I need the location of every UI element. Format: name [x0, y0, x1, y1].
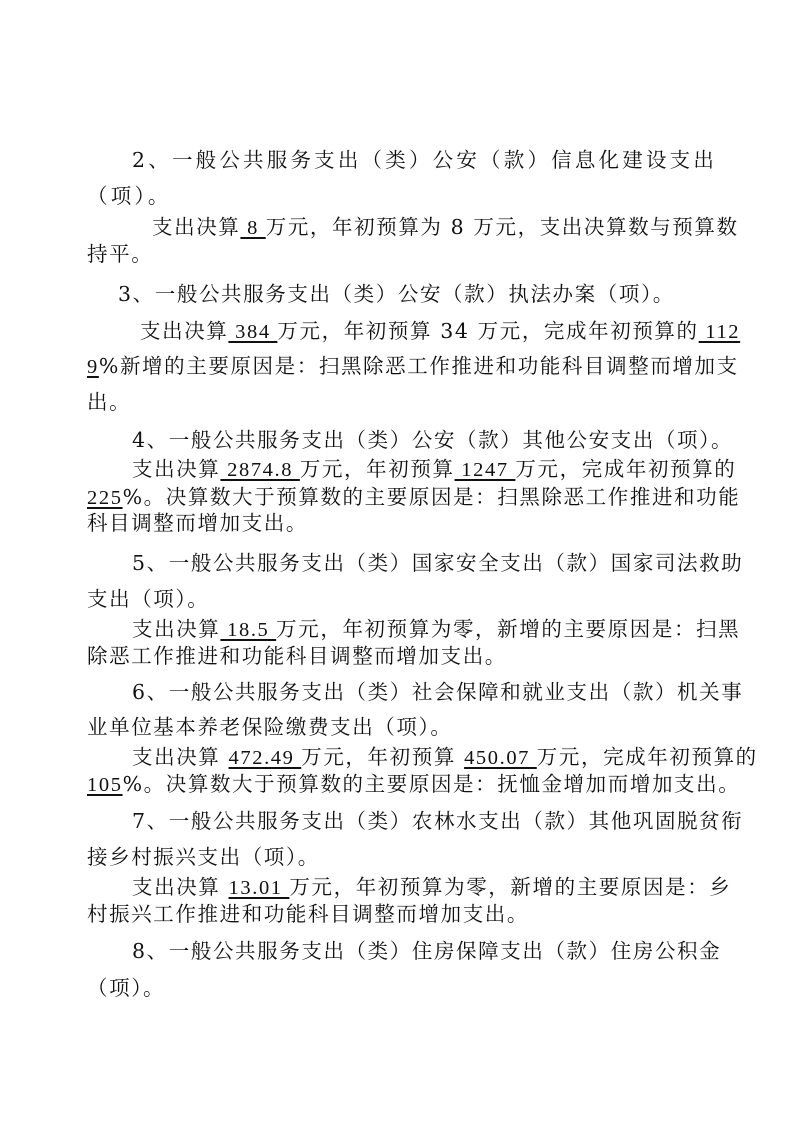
section-6-body-cont: 105%。决算数大于预算数的主要原因是：抚恤金增加而增加支出。 [87, 772, 740, 797]
actual-amount: 472.49 [229, 747, 302, 769]
body-prefix: 支出决算 [132, 875, 229, 899]
section-2-heading-cont: （项）。 [87, 184, 172, 208]
budget-amount: 450.07 [464, 747, 537, 769]
body-prefix: 支出决算 [140, 319, 228, 343]
section-6-body: 支出决算 472.49 万元，年初预算 450.07 万元，完成年初预算的 [132, 745, 758, 770]
section-7-body: 支出决算 13.01 万元，年初预算为零，新增的主要原因是：乡 [132, 875, 731, 900]
section-2-body-cont: 持平。 [87, 242, 153, 266]
body-prefix: 支出决算 [152, 215, 240, 239]
section-6-heading-cont: 业单位基本养老保险缴费支出（项）。 [87, 715, 452, 739]
body-text: 万元，年初预算为零，新增的主要原因是：乡 [289, 875, 731, 899]
completion-pct-part2: 9 [87, 356, 99, 378]
section-7-body-cont: 村振兴工作推进和功能科目调整而增加支出。 [87, 902, 529, 926]
body-text: 万元，年初预算为零，新增的主要原因是：扫黑 [276, 617, 740, 641]
body-text: 万元，完成年初预算的 [537, 745, 758, 769]
section-5-heading: 5、一般公共服务支出（类）国家安全支出（款）国家司法救助 [132, 551, 743, 575]
body-prefix: 支出决算 [132, 617, 220, 641]
body-text: %。决算数大于预算数的主要原因是：抚恤金增加而增加支出。 [123, 772, 741, 796]
body-prefix: 支出决算 [132, 457, 220, 481]
body-text: 万元，年初预算 34 万元，完成年初预算的 [277, 319, 698, 343]
actual-amount: 2874.8 [220, 459, 299, 481]
completion-pct: 225 [87, 487, 123, 509]
completion-pct: 105 [87, 774, 123, 796]
section-2-body: 支出决算 8 万元，年初预算为 8 万元，支出决算数与预算数 [152, 215, 739, 240]
section-4-body-cont: 225%。决算数大于预算数的主要原因是：扫黑除恶工作推进和功能 [87, 485, 740, 510]
section-2-heading: 2、一般公共服务支出（类）公安（款）信息化建设支出 [132, 148, 717, 172]
body-text: 万元，完成年初预算的 [515, 457, 736, 481]
completion-pct-part1: 112 [699, 321, 741, 343]
actual-amount: 8 [240, 217, 265, 239]
section-5-body: 支出决算 18.5 万元，年初预算为零，新增的主要原因是：扫黑 [132, 617, 740, 642]
section-6-heading: 6、一般公共服务支出（类）社会保障和就业支出（款）机关事 [132, 680, 743, 704]
section-4-heading: 4、一般公共服务支出（类）公安（款）其他公安支出（项）。 [132, 428, 733, 452]
body-text: 万元，年初预算为 8 万元，支出决算数与预算数 [266, 215, 739, 239]
body-text: 万元，年初预算 [301, 745, 464, 769]
section-5-heading-cont: 支出（项）。 [87, 587, 209, 611]
budget-amount: 1247 [455, 459, 516, 481]
section-8-heading: 8、一般公共服务支出（类）住房保障支出（款）住房公积金 [132, 939, 721, 963]
actual-amount: 13.01 [229, 877, 290, 899]
actual-amount: 384 [228, 321, 277, 343]
actual-amount: 18.5 [220, 619, 276, 641]
section-5-body-cont: 除恶工作推进和功能科目调整而增加支出。 [87, 644, 507, 668]
section-3-body-cont: 9%新增的主要原因是：扫黑除恶工作推进和功能科目调整而增加支 [87, 354, 739, 379]
body-text: %新增的主要原因是：扫黑除恶工作推进和功能科目调整而增加支 [99, 354, 739, 378]
section-8-heading-cont: （项）。 [87, 976, 165, 1000]
section-4-body-end: 科目调整而增加支出。 [87, 511, 308, 535]
body-text: 万元，年初预算 [300, 457, 455, 481]
section-7-heading-cont: 接乡村振兴支出（项）。 [87, 845, 320, 869]
body-text: %。决算数大于预算数的主要原因是：扫黑除恶工作推进和功能 [123, 485, 741, 509]
section-7-heading: 7、一般公共服务支出（类）农林水支出（款）其他巩固脱贫衔 [132, 809, 743, 833]
body-prefix: 支出决算 [132, 745, 229, 769]
section-3-heading: 3、一般公共服务支出（类）公安（款）执法办案（项）。 [118, 282, 675, 306]
section-4-body: 支出决算 2874.8 万元，年初预算 1247 万元，完成年初预算的 [132, 457, 736, 482]
section-3-body: 支出决算 384 万元，年初预算 34 万元，完成年初预算的 112 [140, 319, 740, 344]
section-3-body-end: 出。 [87, 390, 131, 414]
